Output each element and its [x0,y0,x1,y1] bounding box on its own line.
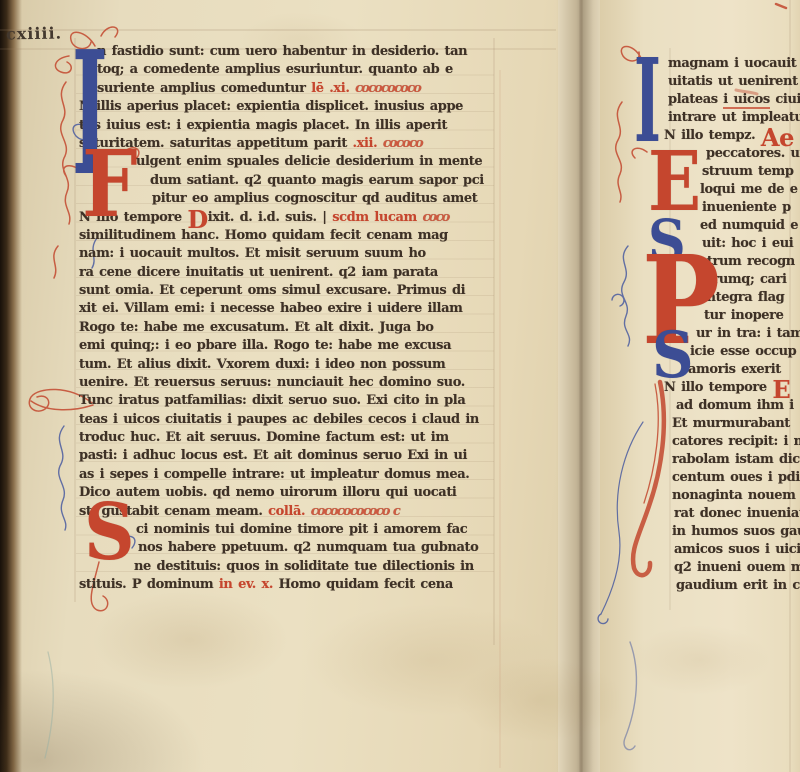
body-text: plateas [668,92,723,107]
text-line: xit ei. Villam emi: i necesse habeo exir… [79,301,462,316]
text-line: catores recipit: i m [672,434,800,449]
body-text: uenire. Et reuersus seruus: nunciauit he… [79,375,465,390]
text-line: stituis. P dominum in ev. x. Homo quidam… [79,577,453,592]
body-text: nonaginta nouem [672,488,796,503]
binding-edge [0,0,22,772]
body-text: toq; a comedente amplius esuriuntur. qua… [97,62,453,77]
text-line: plateas i uicos ciuitatis i [668,92,800,107]
text-line: ulgent enim spuales delicie desiderium i… [136,154,482,169]
illuminated-initial-F: F [82,148,138,222]
body-text: tum. Et alius dixit. Vxorem duxi: i ideo… [79,357,445,372]
text-line: N illis aperius placet: expientia displi… [79,99,463,114]
body-text: stituis. P dominum [79,577,219,592]
rubric-text: lē .xi. [311,81,355,96]
text-line: Et murmurabant [672,416,790,431]
text-line: as i sepes i compelle intrare: ut implea… [79,467,469,482]
body-text: rat donec inueniat [674,506,800,521]
text-line: uitatis ut uenirent q [668,74,800,89]
text-line: inueniente p [702,200,791,215]
text-line: teas i uicos ciuitatis i paupes ac debil… [79,412,479,427]
body-text: rabolam istam dic [672,452,800,467]
body-text: troduc huc. Et ait seruus. Domine factum… [79,430,449,445]
text-line: nos habere ppetuum. q2 numquam tua gubna… [138,540,478,555]
body-text: inueniente p [702,200,791,215]
text-line: n fastidio sunt: cum uero habentur in de… [97,44,467,59]
body-text: pasti: i adhuc locus est. Et ait dominus… [79,448,467,463]
text-line: amicos suos i uicin [674,542,800,557]
body-text: suriente amplius comeduntur [97,81,311,96]
body-text: amicos suos i uicin [674,542,800,557]
body-text: cococo [383,136,422,151]
rubric-text: i uicos [723,92,769,109]
folio-number: cxiiii. [6,24,62,44]
body-text: gaudium erit in c [676,578,800,593]
text-line: nam: i uocauit multos. Et misit seruum s… [79,246,426,261]
body-text: sunt omia. Et ceperunt oms simul excusar… [79,283,465,298]
body-text: as i sepes i compelle intrare: ut implea… [79,467,469,482]
text-line: ci nominis tui domine timore pit i amore… [136,522,467,537]
body-text: nam: i uocauit multos. Et misit seruum s… [79,246,426,261]
body-text: ne destituis: quos in soliditate tue dil… [134,559,474,574]
text-line: struum temp [702,164,794,179]
body-text: dum satiant. q2 quanto magis earum sapor… [150,173,484,188]
illuminated-initial-E: E [648,150,701,216]
text-line: magnam i uocauit in [668,56,800,71]
text-line: rabolam istam dic [672,452,800,467]
body-text: coco [422,210,448,225]
rubric-text: scdm lucam [332,210,422,225]
body-text: q2 inueni ouem mea [674,560,800,575]
body-text: teas i uicos ciuitatis i paupes ac debil… [79,412,479,427]
body-text: ciuitatis i [770,92,800,107]
body-text: Rogo te: habe me excusatum. Et alt dixit… [79,320,433,335]
body-text: centum oues i pdide [672,470,800,485]
text-line: Rogo te: habe me excusatum. Et alt dixit… [79,320,433,335]
body-text: ixit. d. i.d. suis. | [208,210,332,225]
text-line: toq; a comedente amplius esuriuntur. qua… [97,62,453,77]
text-line: Tunc iratus patfamilias: dixit seruo suo… [79,393,465,408]
text-line: peccatores. ut aud iu [706,146,800,161]
body-text: in humos suos gau [672,524,800,539]
text-line: centum oues i pdide [672,470,800,485]
body-text: Homo quidam fecit cena [279,577,453,592]
text-line: pasti: i adhuc locus est. Et ait dominus… [79,448,467,463]
text-line: pitur eo amplius cognoscitur qd auditus … [152,191,477,206]
text-line: uenire. Et reuersus seruus: nunciauit he… [79,375,465,390]
body-text: cocococococo c [311,504,399,519]
body-text: Dico autem uobis. qd nemo uirorum illoru… [79,485,456,500]
body-text: catores recipit: i m [672,434,800,449]
body-text: uitatis ut uenirent q [668,74,800,89]
text-line: Dico autem uobis. qd nemo uirorum illoru… [79,485,456,500]
text-line: rat donec inueniat [674,506,800,521]
rubric-text: .xii. [353,136,383,151]
text-line: tum. Et alius dixit. Vxorem duxi: i ideo… [79,357,445,372]
text-line: emi quinq;: i eo pbare illa. Rogo te: ha… [79,338,451,353]
illuminated-initial-S: S [84,502,135,564]
body-text: emi quinq;: i eo pbare illa. Rogo te: ha… [79,338,451,353]
body-text: loqui me de e [700,182,798,197]
text-line: ra cene dicere inuitatis ut uenirent. q2… [79,265,438,280]
text-line: nonaginta nouem [672,488,796,503]
text-line: q2 inueni ouem mea [674,560,800,575]
body-text: cococococo [355,81,420,96]
text-line: gaudium erit in c [676,578,800,593]
body-text: peccatores. ut aud iu [706,146,800,161]
body-text: ulgent enim spuales delicie desiderium i… [136,154,482,169]
manuscript-photo: cxiiii. n fastidio sunt: cum uero habent… [0,0,800,772]
text-line: in humos suos gau [672,524,800,539]
text-line: sunt omia. Et ceperunt oms simul excusar… [79,283,465,298]
rubric-text: in ev. x. [219,577,279,592]
body-text: Tunc iratus patfamilias: dixit seruo suo… [79,393,465,408]
text-line: ad domum ihm i [676,398,794,413]
text-line: ne destituis: quos in soliditate tue dil… [134,559,474,574]
body-text: pitur eo amplius cognoscitur qd auditus … [152,191,477,206]
body-text: ra cene dicere inuitatis ut uenirent. q2… [79,265,438,280]
text-line: suriente amplius comeduntur lē .xi. coco… [97,81,420,96]
rubric-text: collā. [268,504,311,519]
body-text: ci nominis tui domine timore pit i amore… [136,522,467,537]
body-text: n fastidio sunt: cum uero habentur in de… [97,44,467,59]
body-text: xit ei. Villam emi: i necesse habeo exir… [79,301,462,316]
body-text: nos habere ppetuum. q2 numquam tua gubna… [138,540,478,555]
body-text: ad domum ihm i [676,398,794,413]
body-text: Et murmurabant [672,416,790,431]
text-line: troduc huc. Et ait seruus. Domine factum… [79,430,449,445]
text-line: dum satiant. q2 quanto magis earum sapor… [150,173,484,188]
text-line: loqui me de e [700,182,798,197]
page-gutter [556,0,604,772]
body-text: struum temp [702,164,794,179]
body-text: N illis aperius placet: expientia displi… [79,99,463,114]
illuminated-initial-S: S [652,330,694,381]
body-text: magnam i uocauit in [668,56,800,71]
